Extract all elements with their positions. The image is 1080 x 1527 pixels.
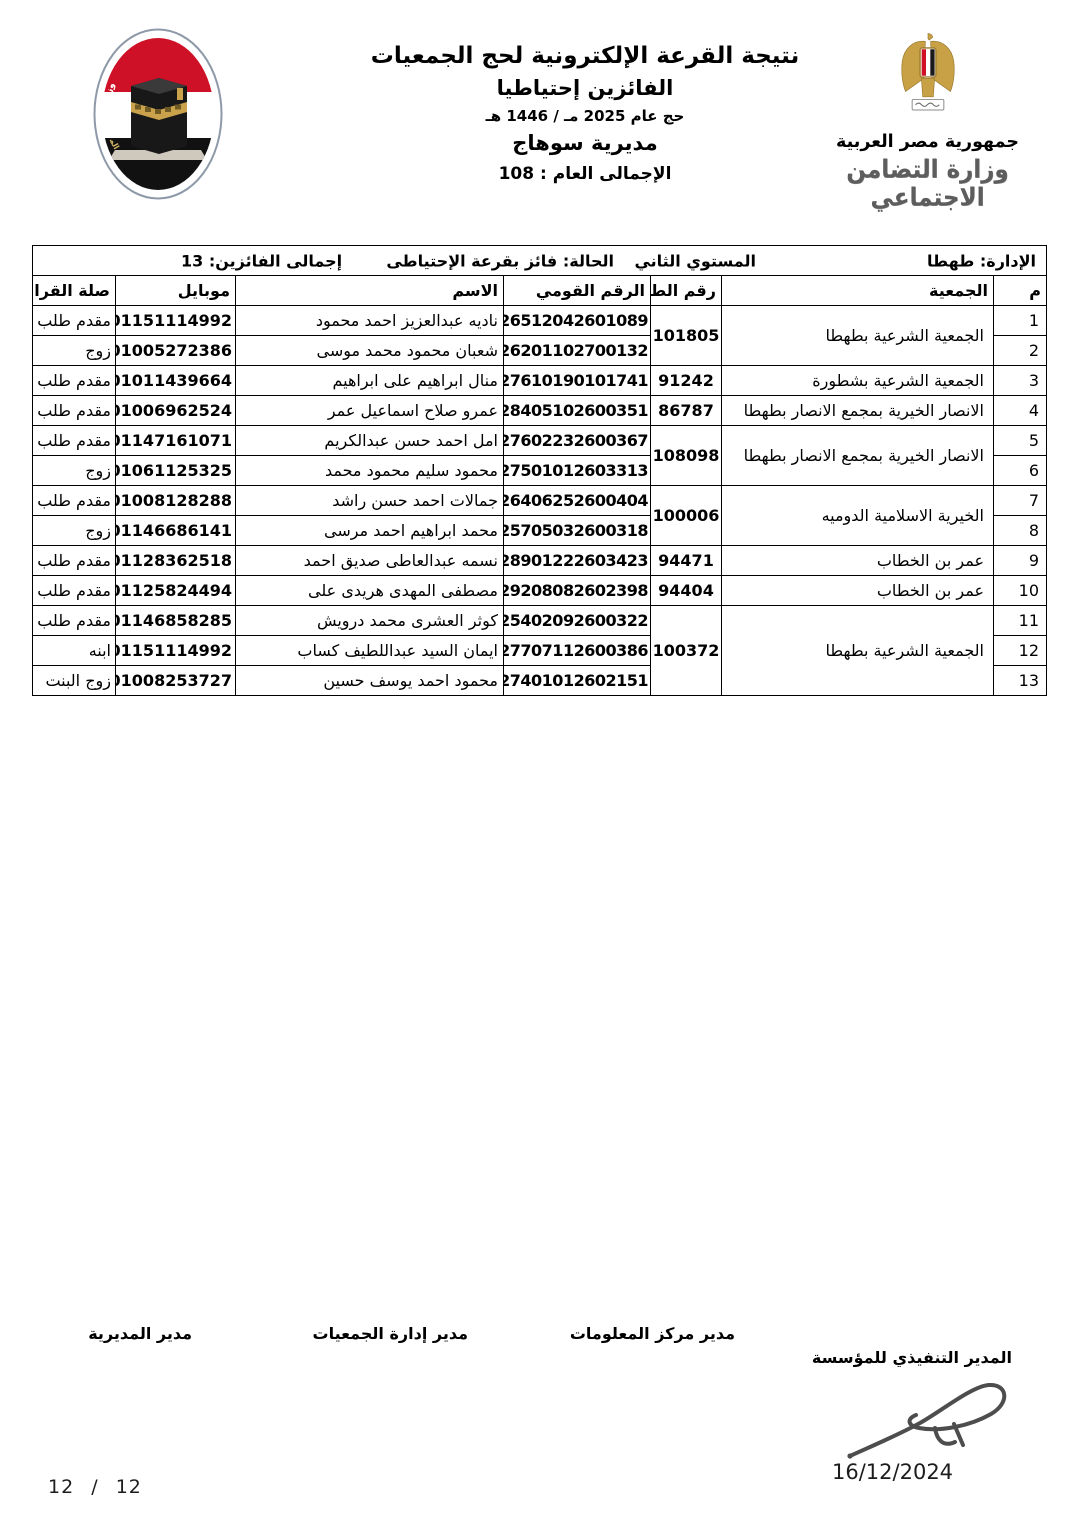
col-header-association: الجمعية — [722, 276, 994, 306]
relation-value: مقدم طلب — [32, 576, 115, 606]
document-title-block: نتيجة القرعة الإلكترونية لحج الجمعيات ال… — [330, 40, 840, 189]
table-row: 10عمر بن الخطاب9440429208082602398مصطفى … — [32, 576, 1046, 606]
info-row-cell: الإدارة: طهطا المستوي الثاني الحالة: فائ… — [32, 246, 1046, 276]
mobile-number: 01146858285 — [116, 606, 236, 636]
national-id: 26201102700132 — [504, 336, 651, 366]
results-table: الإدارة: طهطا المستوي الثاني الحالة: فائ… — [32, 245, 1047, 696]
mobile-number: 01146686141 — [116, 516, 236, 546]
national-id: 27501012603313 — [504, 456, 651, 486]
row-serial: 9 — [994, 546, 1047, 576]
request-number: 94404 — [651, 576, 722, 606]
association-name: الانصار الخيرية بمجمع الانصار بطهطا — [722, 396, 994, 426]
table-row: 5الانصار الخيرية بمجمع الانصار بطهطا1080… — [32, 426, 1046, 456]
table-row: 9عمر بن الخطاب9447128901222603423نسمه عب… — [32, 546, 1046, 576]
col-header-relation: صلة القرابه — [32, 276, 115, 306]
col-header-serial: م — [994, 276, 1047, 306]
mobile-number: 01147161071 — [116, 426, 236, 456]
info-row: الإدارة: طهطا المستوي الثاني الحالة: فائ… — [32, 246, 1046, 276]
state-emblem-block: جمهورية مصر العربية وزارة التضامن الاجتم… — [815, 30, 1040, 210]
page-current: 12 — [48, 1476, 74, 1498]
national-id: 27610190101741 — [504, 366, 651, 396]
foundation-kaaba-logo: وزارة التضامن الاجتماعي المؤسسة القومية … — [93, 28, 223, 200]
national-id: 28405102600351 — [504, 396, 651, 426]
title-line-5: الإجمالى العام : 108 — [330, 159, 840, 190]
person-name: عمرو صلاح اسماعيل عمر — [236, 396, 504, 426]
person-name: ناديه عبدالعزيز احمد محمود — [236, 306, 504, 336]
row-serial: 10 — [994, 576, 1047, 606]
page-separator: / — [91, 1476, 98, 1498]
republic-title: جمهورية مصر العربية — [815, 132, 1040, 152]
mobile-number: 01151114992 — [116, 636, 236, 666]
signature-label-information: مدير مركز المعلومات — [570, 1324, 735, 1343]
association-name: الجمعية الشرعية بشطورة — [722, 366, 994, 396]
page-total: 12 — [116, 1476, 142, 1498]
national-id: 26406252600404 — [504, 486, 651, 516]
person-name: منال ابراهيم على ابراهيم — [236, 366, 504, 396]
col-header-request-no: رقم الطلب — [651, 276, 722, 306]
mobile-number: 01005272386 — [116, 336, 236, 366]
signature-label-executive: المدير التنفيذي للمؤسسة — [812, 1348, 1012, 1367]
relation-value: زوج — [32, 336, 115, 366]
request-number: 86787 — [651, 396, 722, 426]
association-name: الانصار الخيرية بمجمع الانصار بطهطا — [722, 426, 994, 486]
mobile-number: 01151114992 — [116, 306, 236, 336]
table-row: 3الجمعية الشرعية بشطورة91242276101901017… — [32, 366, 1046, 396]
winners-total-value: إجمالى الفائزين: 13 — [181, 251, 342, 270]
association-name: الجمعية الشرعية بطهطا — [722, 306, 994, 366]
national-id: 25402092600322 — [504, 606, 651, 636]
national-id: 26512042601089 — [504, 306, 651, 336]
person-name: محمود احمد يوسف حسين — [236, 666, 504, 696]
relation-value: مقدم طلب — [32, 546, 115, 576]
col-header-name: الاسم — [236, 276, 504, 306]
person-name: محمد ابراهيم احمد مرسى — [236, 516, 504, 546]
mobile-number: 01061125325 — [116, 456, 236, 486]
egypt-eagle-icon — [895, 30, 961, 124]
mobile-number: 01011439664 — [116, 366, 236, 396]
national-id: 27707112600386 — [504, 636, 651, 666]
document-date: 16/12/2024 — [832, 1460, 953, 1484]
association-name: الجمعية الشرعية بطهطا — [722, 606, 994, 696]
row-serial: 11 — [994, 606, 1047, 636]
relation-value: زوج — [32, 456, 115, 486]
person-name: ايمان السيد عبداللطيف كساب — [236, 636, 504, 666]
row-serial: 1 — [994, 306, 1047, 336]
national-id: 27401012602151 — [504, 666, 651, 696]
title-line-2: الفائزين إحتياطيا — [330, 73, 840, 103]
row-serial: 13 — [994, 666, 1047, 696]
mobile-number: 01006962524 — [116, 396, 236, 426]
row-serial: 7 — [994, 486, 1047, 516]
relation-value: مقدم طلب — [32, 426, 115, 456]
table-row: 11الجمعية الشرعية بطهطا10037225402092600… — [32, 606, 1046, 636]
results-table-body: الإدارة: طهطا المستوي الثاني الحالة: فائ… — [32, 246, 1046, 696]
request-number: 100006 — [651, 486, 722, 546]
request-number: 94471 — [651, 546, 722, 576]
col-header-mobile: موبايل — [116, 276, 236, 306]
person-name: كوثر العشرى محمد درويش — [236, 606, 504, 636]
page-number: 12 / 12 — [48, 1476, 152, 1498]
executive-signature — [842, 1372, 1014, 1468]
mobile-number: 01125824494 — [116, 576, 236, 606]
association-name: الخيرية الاسلامية الدوميه — [722, 486, 994, 546]
row-serial: 2 — [994, 336, 1047, 366]
title-line-1: نتيجة القرعة الإلكترونية لحج الجمعيات — [330, 40, 840, 73]
request-number: 91242 — [651, 366, 722, 396]
title-line-4: مديرية سوهاج — [330, 129, 840, 158]
row-serial: 8 — [994, 516, 1047, 546]
person-name: محمود سليم محمود محمد — [236, 456, 504, 486]
table-row: 4الانصار الخيرية بمجمع الانصار بطهطا8678… — [32, 396, 1046, 426]
national-id: 27602232600367 — [504, 426, 651, 456]
person-name: جمالات احمد حسن راشد — [236, 486, 504, 516]
row-serial: 12 — [994, 636, 1047, 666]
row-serial: 3 — [994, 366, 1047, 396]
relation-value: مقدم طلب — [32, 396, 115, 426]
header-row: م الجمعية رقم الطلب الرقم القومي الاسم م… — [32, 276, 1046, 306]
results-table-wrapper: الإدارة: طهطا المستوي الثاني الحالة: فائ… — [33, 245, 1047, 696]
row-serial: 6 — [994, 456, 1047, 486]
row-serial: 5 — [994, 426, 1047, 456]
relation-value: ابنه — [32, 636, 115, 666]
signature-label-associations: مدير إدارة الجمعيات — [313, 1324, 468, 1343]
signature-label-directorate: مدير المديرية — [88, 1324, 192, 1343]
mobile-number: 01008253727 — [116, 666, 236, 696]
person-name: نسمه عبدالعاطى صديق احمد — [236, 546, 504, 576]
administration-value: الإدارة: طهطا — [927, 251, 1036, 270]
row-serial: 4 — [994, 396, 1047, 426]
request-number: 100372 — [651, 606, 722, 696]
mobile-number: 01008128288 — [116, 486, 236, 516]
title-line-3: حج عام 2025 مـ / 1446 هـ — [330, 104, 840, 130]
relation-value: مقدم طلب — [32, 366, 115, 396]
relation-value: زوج — [32, 516, 115, 546]
col-header-national-id: الرقم القومي — [504, 276, 651, 306]
table-row: 1الجمعية الشرعية بطهطا101805265120426010… — [32, 306, 1046, 336]
relation-value: زوج البنت — [32, 666, 115, 696]
relation-value: مقدم طلب — [32, 486, 115, 516]
relation-value: مقدم طلب — [32, 306, 115, 336]
status-value: الحالة: فائز بقرعة الإحتياطى — [386, 251, 614, 270]
national-id: 29208082602398 — [504, 576, 651, 606]
relation-value: مقدم طلب — [32, 606, 115, 636]
association-name: عمر بن الخطاب — [722, 546, 994, 576]
association-name: عمر بن الخطاب — [722, 576, 994, 606]
person-name: امل احمد حسن عبدالكريم — [236, 426, 504, 456]
level-value: المستوي الثاني — [634, 251, 756, 270]
ministry-calligraphy: وزارة التضامن الاجتماعي — [815, 156, 1040, 212]
request-number: 108098 — [651, 426, 722, 486]
national-id: 28901222603423 — [504, 546, 651, 576]
table-row: 7الخيرية الاسلامية الدوميه10000626406252… — [32, 486, 1046, 516]
request-number: 101805 — [651, 306, 722, 366]
person-name: مصطفى المهدى هريدى على — [236, 576, 504, 606]
document-page: وزارة التضامن الاجتماعي المؤسسة القومية … — [0, 0, 1080, 1527]
national-id: 25705032600318 — [504, 516, 651, 546]
person-name: شعبان محمود محمد موسى — [236, 336, 504, 366]
kaaba-icon — [131, 78, 187, 154]
mobile-number: 01128362518 — [116, 546, 236, 576]
